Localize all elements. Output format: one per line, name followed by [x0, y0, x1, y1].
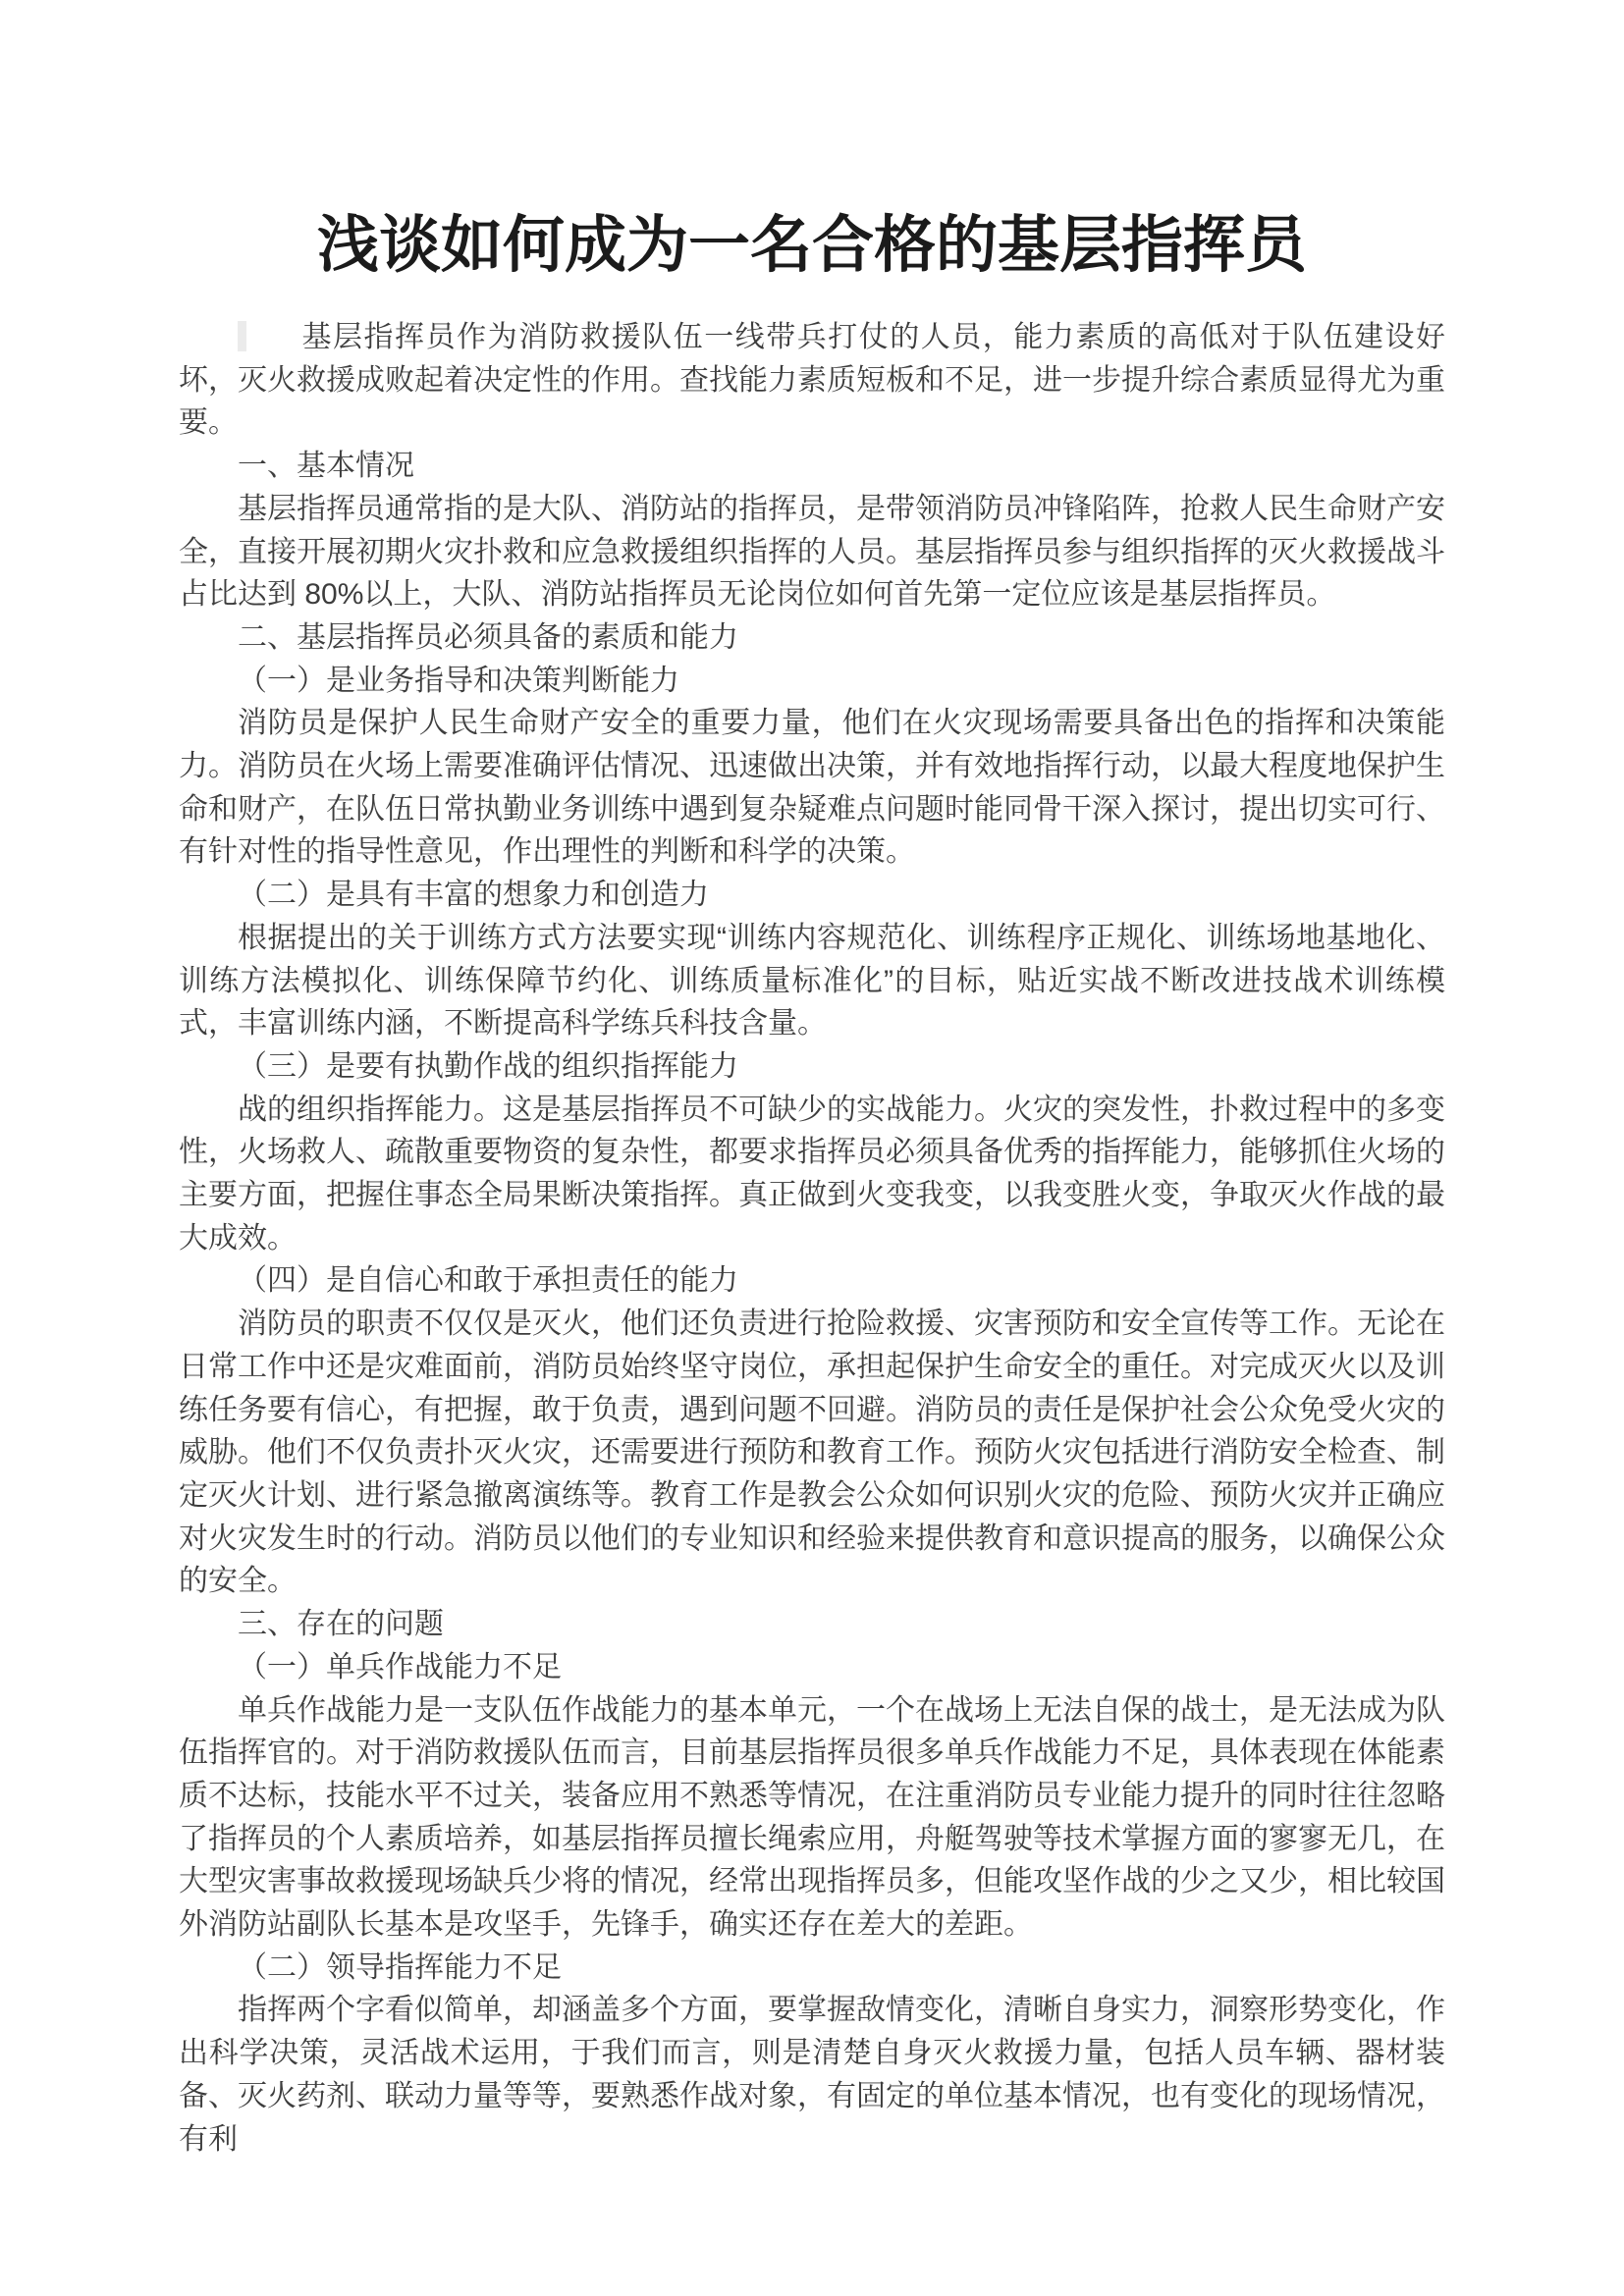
- sub-heading-confidence-responsibility: （四）是自信心和敢于承担责任的能力: [179, 1259, 1445, 1303]
- paragraph: 根据提出的关于训练方式方法要实现“训练内容规范化、训练程序正规化、训练场地基地化…: [179, 917, 1445, 1045]
- section-heading-required-qualities: 二、基层指挥员必须具备的素质和能力: [179, 616, 1445, 660]
- paragraph: 消防员是保护人民生命财产安全的重要力量，他们在火灾现场需要具备出色的指挥和决策能…: [179, 702, 1445, 874]
- text-cursor-bar: [238, 321, 246, 351]
- paragraph: 指挥两个字看似简单，却涵盖多个方面，要掌握敌情变化，清晰自身实力，洞察形势变化，…: [179, 1989, 1445, 2161]
- sub-heading-individual-combat: （一）单兵作战能力不足: [179, 1646, 1445, 1689]
- sub-heading-imagination-creativity: （二）是具有丰富的想象力和创造力: [179, 874, 1445, 917]
- document-title: 浅谈如何成为一名合格的基层指挥员: [179, 202, 1445, 289]
- sub-heading-leadership-command: （二）领导指挥能力不足: [179, 1947, 1445, 1990]
- document-page: 浅谈如何成为一名合格的基层指挥员 基层指挥员作为消防救援队伍一线带兵打仗的人员，…: [0, 0, 1624, 2296]
- paragraph-text: 基层指挥员作为消防救援队伍一线带兵打仗的人员，能力素质的高低对于队伍建设好坏，灭…: [179, 321, 1445, 439]
- section-heading-existing-problems: 三、存在的问题: [179, 1603, 1445, 1646]
- paragraph: 战的组织指挥能力。这是基层指挥员不可缺少的实战能力。火灾的突发性，扑救过程中的多…: [179, 1089, 1445, 1260]
- paragraph-intro: 基层指挥员作为消防救援队伍一线带兵打仗的人员，能力素质的高低对于队伍建设好坏，灭…: [179, 316, 1445, 445]
- sub-heading-command-ability: （三）是要有执勤作战的组织指挥能力: [179, 1045, 1445, 1089]
- paragraph: 基层指挥员通常指的是大队、消防站的指挥员，是带领消防员冲锋陷阵，抢救人民生命财产…: [179, 488, 1445, 616]
- sub-heading-decision-ability: （一）是业务指导和决策判断能力: [179, 660, 1445, 703]
- document-body: 基层指挥员作为消防救援队伍一线带兵打仗的人员，能力素质的高低对于队伍建设好坏，灭…: [179, 316, 1445, 2161]
- paragraph: 消防员的职责不仅仅是灭火，他们还负责进行抢险救援、灾害预防和安全宣传等工作。无论…: [179, 1303, 1445, 1603]
- paragraph: 单兵作战能力是一支队伍作战能力的基本单元，一个在战场上无法自保的战士，是无法成为…: [179, 1689, 1445, 1947]
- section-heading-basic-situation: 一、基本情况: [179, 445, 1445, 488]
